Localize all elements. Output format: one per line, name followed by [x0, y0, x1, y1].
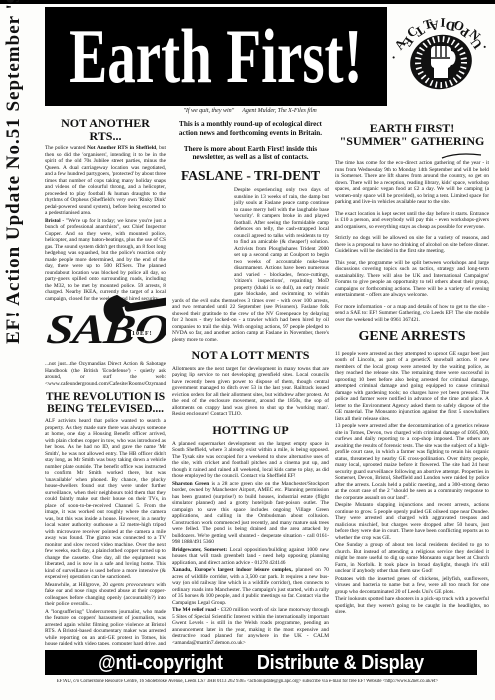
wrench-wrap-spacer — [172, 239, 234, 297]
gathering-paragraph-5: For more information - or a map and deta… — [335, 304, 489, 324]
gathering-paragraph-4: This year, the programme will be split b… — [335, 260, 489, 299]
column-center: This is a monthly round-up of ecological… — [172, 120, 329, 648]
column-left: NOT ANOTHER RTS... The police wanted Not… — [45, 117, 166, 645]
article-paragraph-surveillance: ALF activists heard that police wanted t… — [45, 418, 166, 581]
hillgrove-a: Meanwhile, at Hillgrove, 20 — [45, 582, 110, 588]
heading-faslane: FASLANE - TRI-DENT — [172, 169, 329, 183]
action-update-logo: · A C T I O N · U P D A T E — [388, 0, 495, 120]
sabotage-note: ...not just...the Ozymandias Direct Acti… — [45, 361, 166, 387]
article-paragraph-tysak: A planned supermarket development on the… — [172, 441, 329, 480]
sharston-rest: is a 28 acre green site on the Mancheste… — [172, 481, 329, 546]
underline-swoosh-icon — [335, 147, 483, 156]
heading-hotting-up: HOTTING UP — [172, 424, 329, 437]
masthead: Earth First! — [45, 7, 387, 106]
heading-revolution-televised: THE REVOLUTION IS BEING TELEVISED.... — [45, 391, 166, 415]
heading-gene-arrests: GENE ARRESTS — [335, 330, 489, 345]
rts-p1-a: The police wanted — [45, 145, 87, 151]
article-paragraph-journalists: A "longsuffering" Undercurrents journali… — [45, 609, 166, 645]
rts-p2-lead: Bristol - — [45, 218, 64, 224]
article-paragraph-hillgrove: Meanwhile, at Hillgrove, 20 agents provo… — [45, 582, 166, 608]
masthead-title: Earth First! — [69, 12, 362, 100]
gathering-paragraph-1: The time has come for the eco-direct act… — [335, 160, 489, 206]
article-paragraph-m4-road: The M4 relief road - £320 million worth … — [172, 607, 329, 646]
heading-summer-gathering: EARTH FIRST! "SUMMER" GATHERING — [335, 122, 489, 147]
anti-copyright-label: @nti-copyright — [98, 650, 223, 674]
m4-lead: The M4 relief road — [172, 607, 216, 613]
xfiles-quote: "If we quit, they win"Agent Mulder, The … — [118, 108, 382, 114]
footer-bar: @nti-copyright Distribute & Display — [45, 650, 477, 675]
xanadu-rest: planned on 70 acres of wildlife corridor… — [172, 567, 329, 606]
sabotage-graphic: SABOTAGE 10EF! — [45, 305, 166, 359]
rts-p1-c: , but then so did the 'organisers', inte… — [45, 145, 166, 216]
gathering-paragraph-2: The exact location is kept secret until … — [335, 211, 489, 231]
monkey-wrench-icon — [97, 289, 166, 331]
sabotage-tag: 10EF! — [131, 331, 154, 337]
sharston-lead: Sharston Green — [172, 481, 209, 487]
hillgrove-italic: agents provocateurs — [110, 582, 154, 588]
m4-rest: - £320 million worth of six lane motorwa… — [172, 607, 329, 646]
gene-paragraph-dundee: Despite Mutanto slapping injunctions and… — [335, 502, 489, 541]
article-paragraph-faslane: Despite experiencing only two days of su… — [172, 187, 329, 343]
action-update-logo-art: · A C T I O N · U P D A T E — [388, 0, 495, 120]
article-paragraph-allotments: Allotments are the next target for devel… — [172, 366, 329, 418]
sidebar-vertical-text: EF! Action Update No.51 September '98 — [3, 6, 25, 344]
gene-paragraph-norfolk: One Sunday a group of about ten local re… — [335, 542, 489, 575]
intro-line-1: This is a monthly round-up of ecological… — [172, 120, 329, 138]
gene-paragraph-leeds: Potatoes with the inserted genes of chic… — [335, 576, 489, 596]
quote-attribution: Agent Mulder, The X-Files film — [242, 108, 317, 114]
quote-text: "If we quit, they win" — [183, 108, 234, 114]
intro-line-2: There is more about Earth First! inside … — [172, 145, 329, 163]
rts-p1-bold: Not Another RTS in Sheffield — [87, 145, 156, 151]
column-right: EARTH FIRST! "SUMMER" GATHERING The time… — [335, 120, 489, 648]
distribute-display-label: Distribute & Display — [257, 650, 424, 674]
gathering-paragraph-3: Strictly no dogs will be allowed on site… — [335, 235, 489, 255]
xanadu-lead: Xanadu, Europe's largest indoor leisure … — [172, 567, 293, 573]
gene-paragraph-totnes: 13 people were arrested after the decont… — [335, 423, 489, 501]
article-paragraph-rts-sheffield: The police wanted Not Another RTS in She… — [45, 145, 166, 217]
bridgewater-lead: Bridgewater, Somerset: — [172, 547, 227, 553]
gene-paragraph-lookouts: Their lookouts spotted hare shooters in … — [335, 596, 489, 616]
article-paragraph-xanadu: Xanadu, Europe's largest indoor leisure … — [172, 567, 329, 606]
article-paragraph-sharston: Sharston Green is a 28 acre green site o… — [172, 481, 329, 546]
newsletter-intro: This is a monthly round-up of ecological… — [172, 120, 329, 162]
heading-allotments: NOT A LOTT MENTS — [172, 349, 329, 362]
article-paragraph-bridgewater: Bridgewater, Somerset: Local opposition/… — [172, 547, 329, 567]
heading-not-another-rts: NOT ANOTHER RTS... — [45, 117, 166, 142]
gene-paragraph-lincoln: 11 people were arrested as they attempte… — [335, 351, 489, 423]
contact-line: EF!AU, c/o Cornerstone Resource Centre, … — [30, 679, 465, 684]
